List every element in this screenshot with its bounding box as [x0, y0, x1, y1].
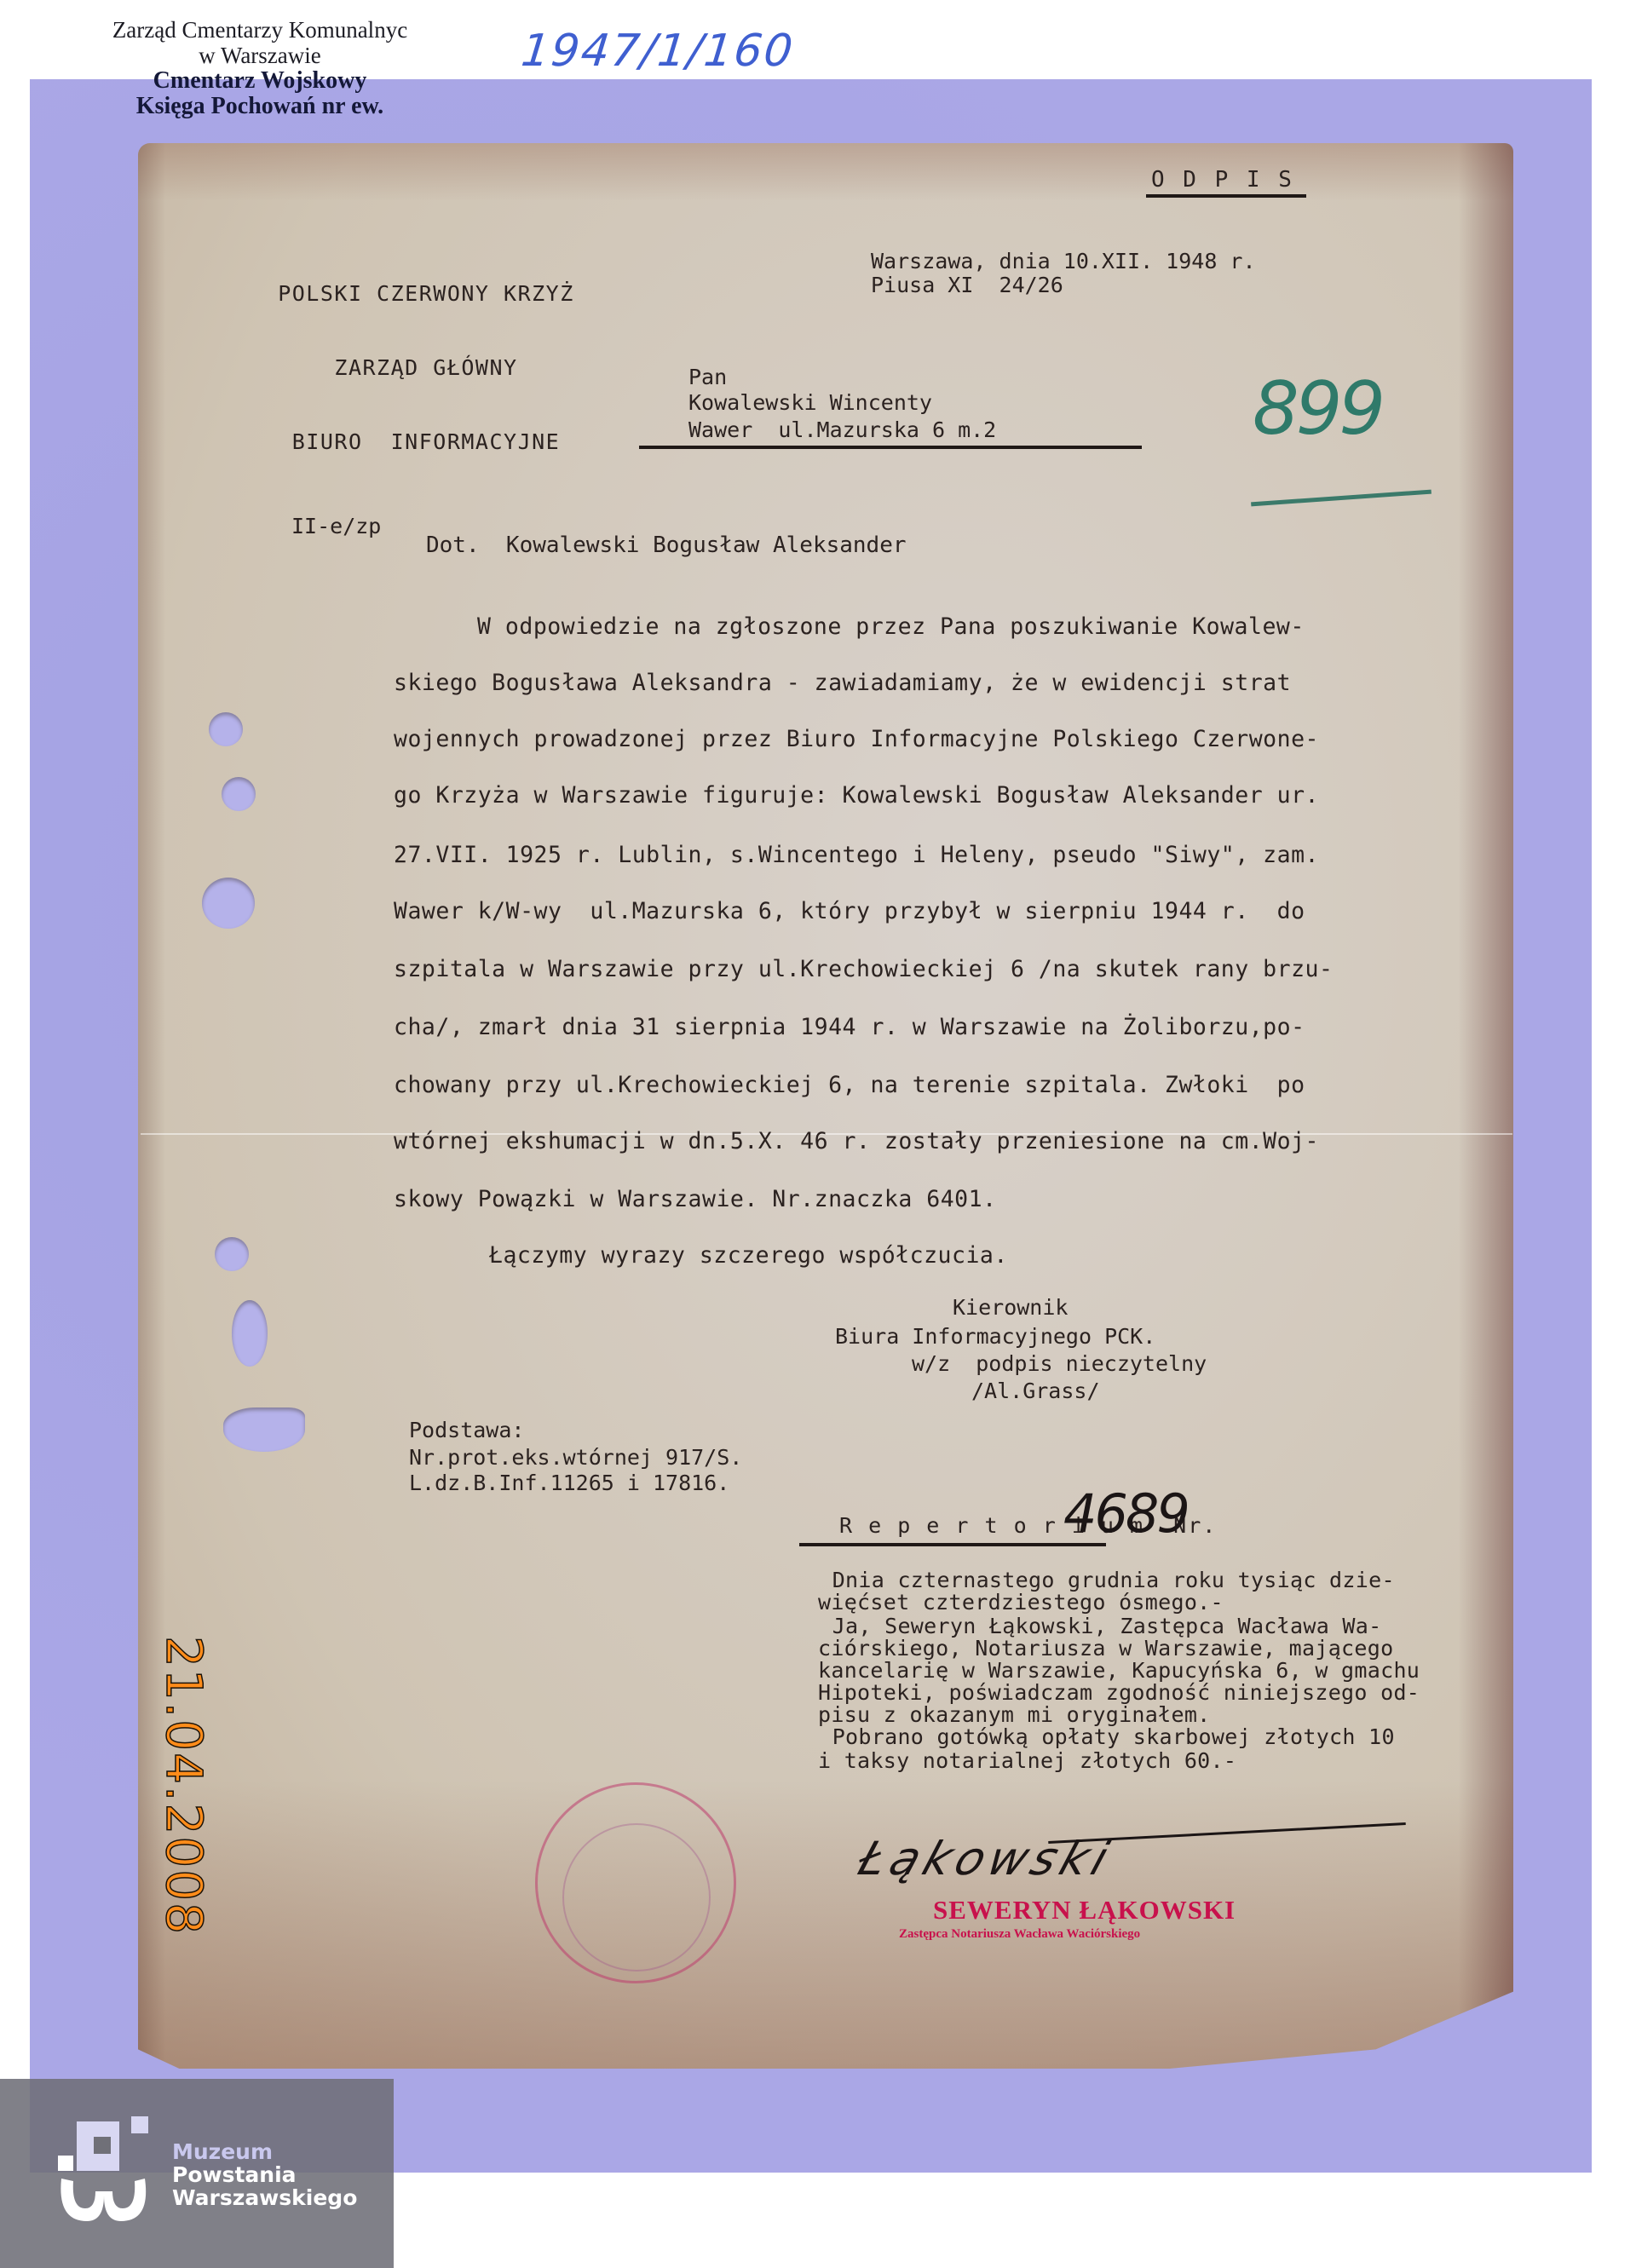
subject-line: Dot. Kowalewski Bogusław Aleksander: [426, 532, 907, 558]
notary-line: Ja, Seweryn Łąkowski, Zastępca Wacława W…: [806, 1614, 1381, 1638]
notary-line: ciórskiego, Notariusza w Warszawie, mają…: [818, 1636, 1393, 1661]
body-line: chowany przy ul.Krechowieckiej 6, na ter…: [394, 1072, 1305, 1098]
punch-hole: [215, 1237, 249, 1271]
notary-line: kancelarię w Warszawie, Kapucyńska 6, w …: [818, 1658, 1420, 1683]
recipient-address: Wawer ul.Mazurska 6 m.2: [688, 417, 996, 442]
watermark-line2: Powstania: [172, 2163, 357, 2186]
body-line: wojennych prowadzonej przez Biuro Inform…: [394, 726, 1319, 752]
notary-line: Hipoteki, poświadczam zgodność niniejsze…: [818, 1680, 1420, 1705]
notary-stamp-name: SEWERYN ŁĄKOWSKI: [933, 1895, 1236, 1925]
sender-line3: BIURO INFORMACYJNE: [247, 429, 605, 454]
recipient-underline: [639, 446, 1142, 449]
place-date: Warszawa, dnia 10.XII. 1948 r.: [871, 249, 1256, 273]
body-line: go Krzyża w Warszawie figuruje: Kowalews…: [394, 782, 1319, 809]
archive-stamp-line3: Cmentarz Wojskowy: [94, 68, 426, 94]
watermark-line3: Warszawskiego: [172, 2186, 357, 2209]
closing-line: Łączymy wyrazy szczerego współczucia.: [489, 1242, 1008, 1269]
copy-label: O D P I S: [1146, 167, 1306, 198]
signature-name: /Al.Grass/: [971, 1379, 1100, 1403]
basis-line2: L.dz.B.Inf.11265 i 17816.: [409, 1471, 729, 1495]
body-line: skiego Bogusława Aleksandra - zawiadamia…: [394, 670, 1291, 696]
punch-hole: [202, 878, 255, 929]
punch-hole-torn: [223, 1407, 305, 1452]
body-line: skowy Powązki w Warszawie. Nr.znaczka 64…: [394, 1186, 997, 1212]
handwritten-number: 899: [1253, 366, 1382, 452]
sender-block: POLSKI CZERWONY KRZYŻ ZARZĄD GŁÓWNY BIUR…: [247, 232, 605, 479]
recipient-name: Kowalewski Wincenty: [688, 390, 932, 415]
round-seal-inner-ring: [562, 1823, 711, 1972]
archive-stamp-line2: w Warszawie: [94, 43, 426, 68]
notary-stamp-title: Zastępca Notariusza Wacława Waciórskiego: [899, 1927, 1140, 1942]
sender-address: Piusa XI 24/26: [871, 273, 1063, 297]
basis-label: Podstawa:: [409, 1418, 524, 1442]
sender-line1: POLSKI CZERWONY KRZYŻ: [247, 281, 605, 306]
punch-hole: [232, 1300, 268, 1367]
handwritten-archive-reference: 1947/1/160: [519, 26, 797, 77]
signature-note: w/z podpis nieczytelny: [912, 1351, 1207, 1376]
body-line: Wawer k/W-wy ul.Mazurska 6, który przyby…: [394, 898, 1305, 924]
notary-line: pisu z okazanym mi oryginałem.: [818, 1702, 1211, 1727]
body-line: wtórnej ekshumacji w dn.5.X. 46 r. zosta…: [394, 1128, 1319, 1154]
museum-watermark-text: Muzeum Powstania Warszawskiego: [172, 2140, 357, 2209]
notary-line: i taksy notarialnej złotych 60.-: [818, 1748, 1236, 1773]
body-line: szpitala w Warszawie przy ul.Krechowieck…: [394, 956, 1333, 982]
watermark-line1: Muzeum: [172, 2140, 357, 2163]
signature-office: Biura Informacyjnego PCK.: [835, 1324, 1155, 1349]
body-line: W odpowiedzie na zgłoszone przez Pana po…: [477, 613, 1305, 640]
notary-line: Pobrano gotówką opłaty skarbowej złotych…: [806, 1724, 1395, 1749]
reference-code: II-e/zp: [291, 514, 381, 538]
photo-date-stamp: 21.04.2008: [162, 1636, 213, 2028]
repertorium-underline: [799, 1543, 1106, 1546]
notary-line: więćset czterdziestego ósmego.-: [818, 1590, 1224, 1615]
basis-line1: Nr.prot.eks.wtórnej 917/S.: [409, 1445, 742, 1470]
body-line: cha/, zmarł dnia 31 sierpnia 1944 r. w W…: [394, 1014, 1305, 1040]
archive-stamp: Zarząd Cmentarzy Komunalnyc w Warszawie …: [94, 17, 426, 119]
repertorium-number: 4689: [1063, 1482, 1188, 1545]
punch-hole: [209, 712, 243, 746]
archive-stamp-line1: Zarząd Cmentarzy Komunalnyc: [94, 17, 426, 43]
signature-title: Kierownik: [953, 1295, 1068, 1320]
body-line: 27.VII. 1925 r. Lublin, s.Wincentego i H…: [394, 842, 1319, 868]
notary-line: Dnia czternastego grudnia roku tysiąc dz…: [806, 1568, 1395, 1592]
museum-anchor-logo-icon: [53, 2115, 155, 2225]
archive-stamp-line4: Księga Pochowań nr ew.: [94, 94, 426, 119]
sender-line2: ZARZĄD GŁÓWNY: [247, 355, 605, 380]
punch-hole: [222, 777, 256, 811]
recipient-salutation: Pan: [688, 365, 727, 389]
